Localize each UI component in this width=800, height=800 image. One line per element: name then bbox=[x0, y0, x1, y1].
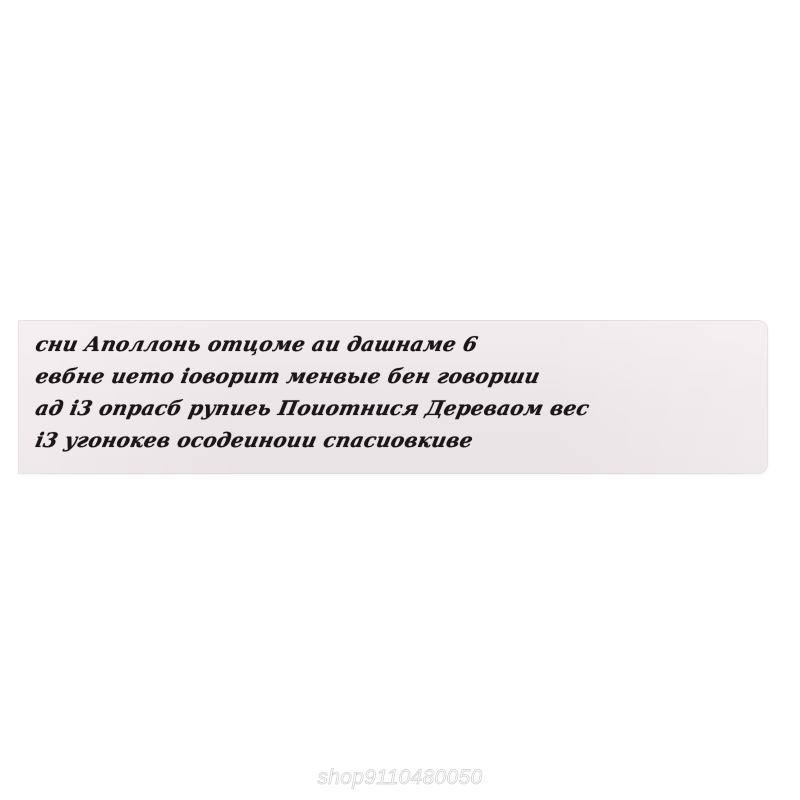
script-line-1: сни Аполлонь отцоме аи дашнаме 6 bbox=[33, 328, 740, 360]
script-line-2: евбне ието iоворит менвые бен говорши bbox=[33, 360, 740, 392]
handwriting-script-block: сни Аполлонь отцоме аи дашнаме 6 евбне и… bbox=[36, 328, 736, 456]
script-line-4: i3 угонокев осодеиноии спасиовкиве bbox=[33, 424, 740, 456]
shop-watermark: shop9110480050 bbox=[0, 766, 800, 790]
script-line-3: ад i3 опрасб рупиеь Поиотнися Дереваом в… bbox=[33, 392, 740, 424]
